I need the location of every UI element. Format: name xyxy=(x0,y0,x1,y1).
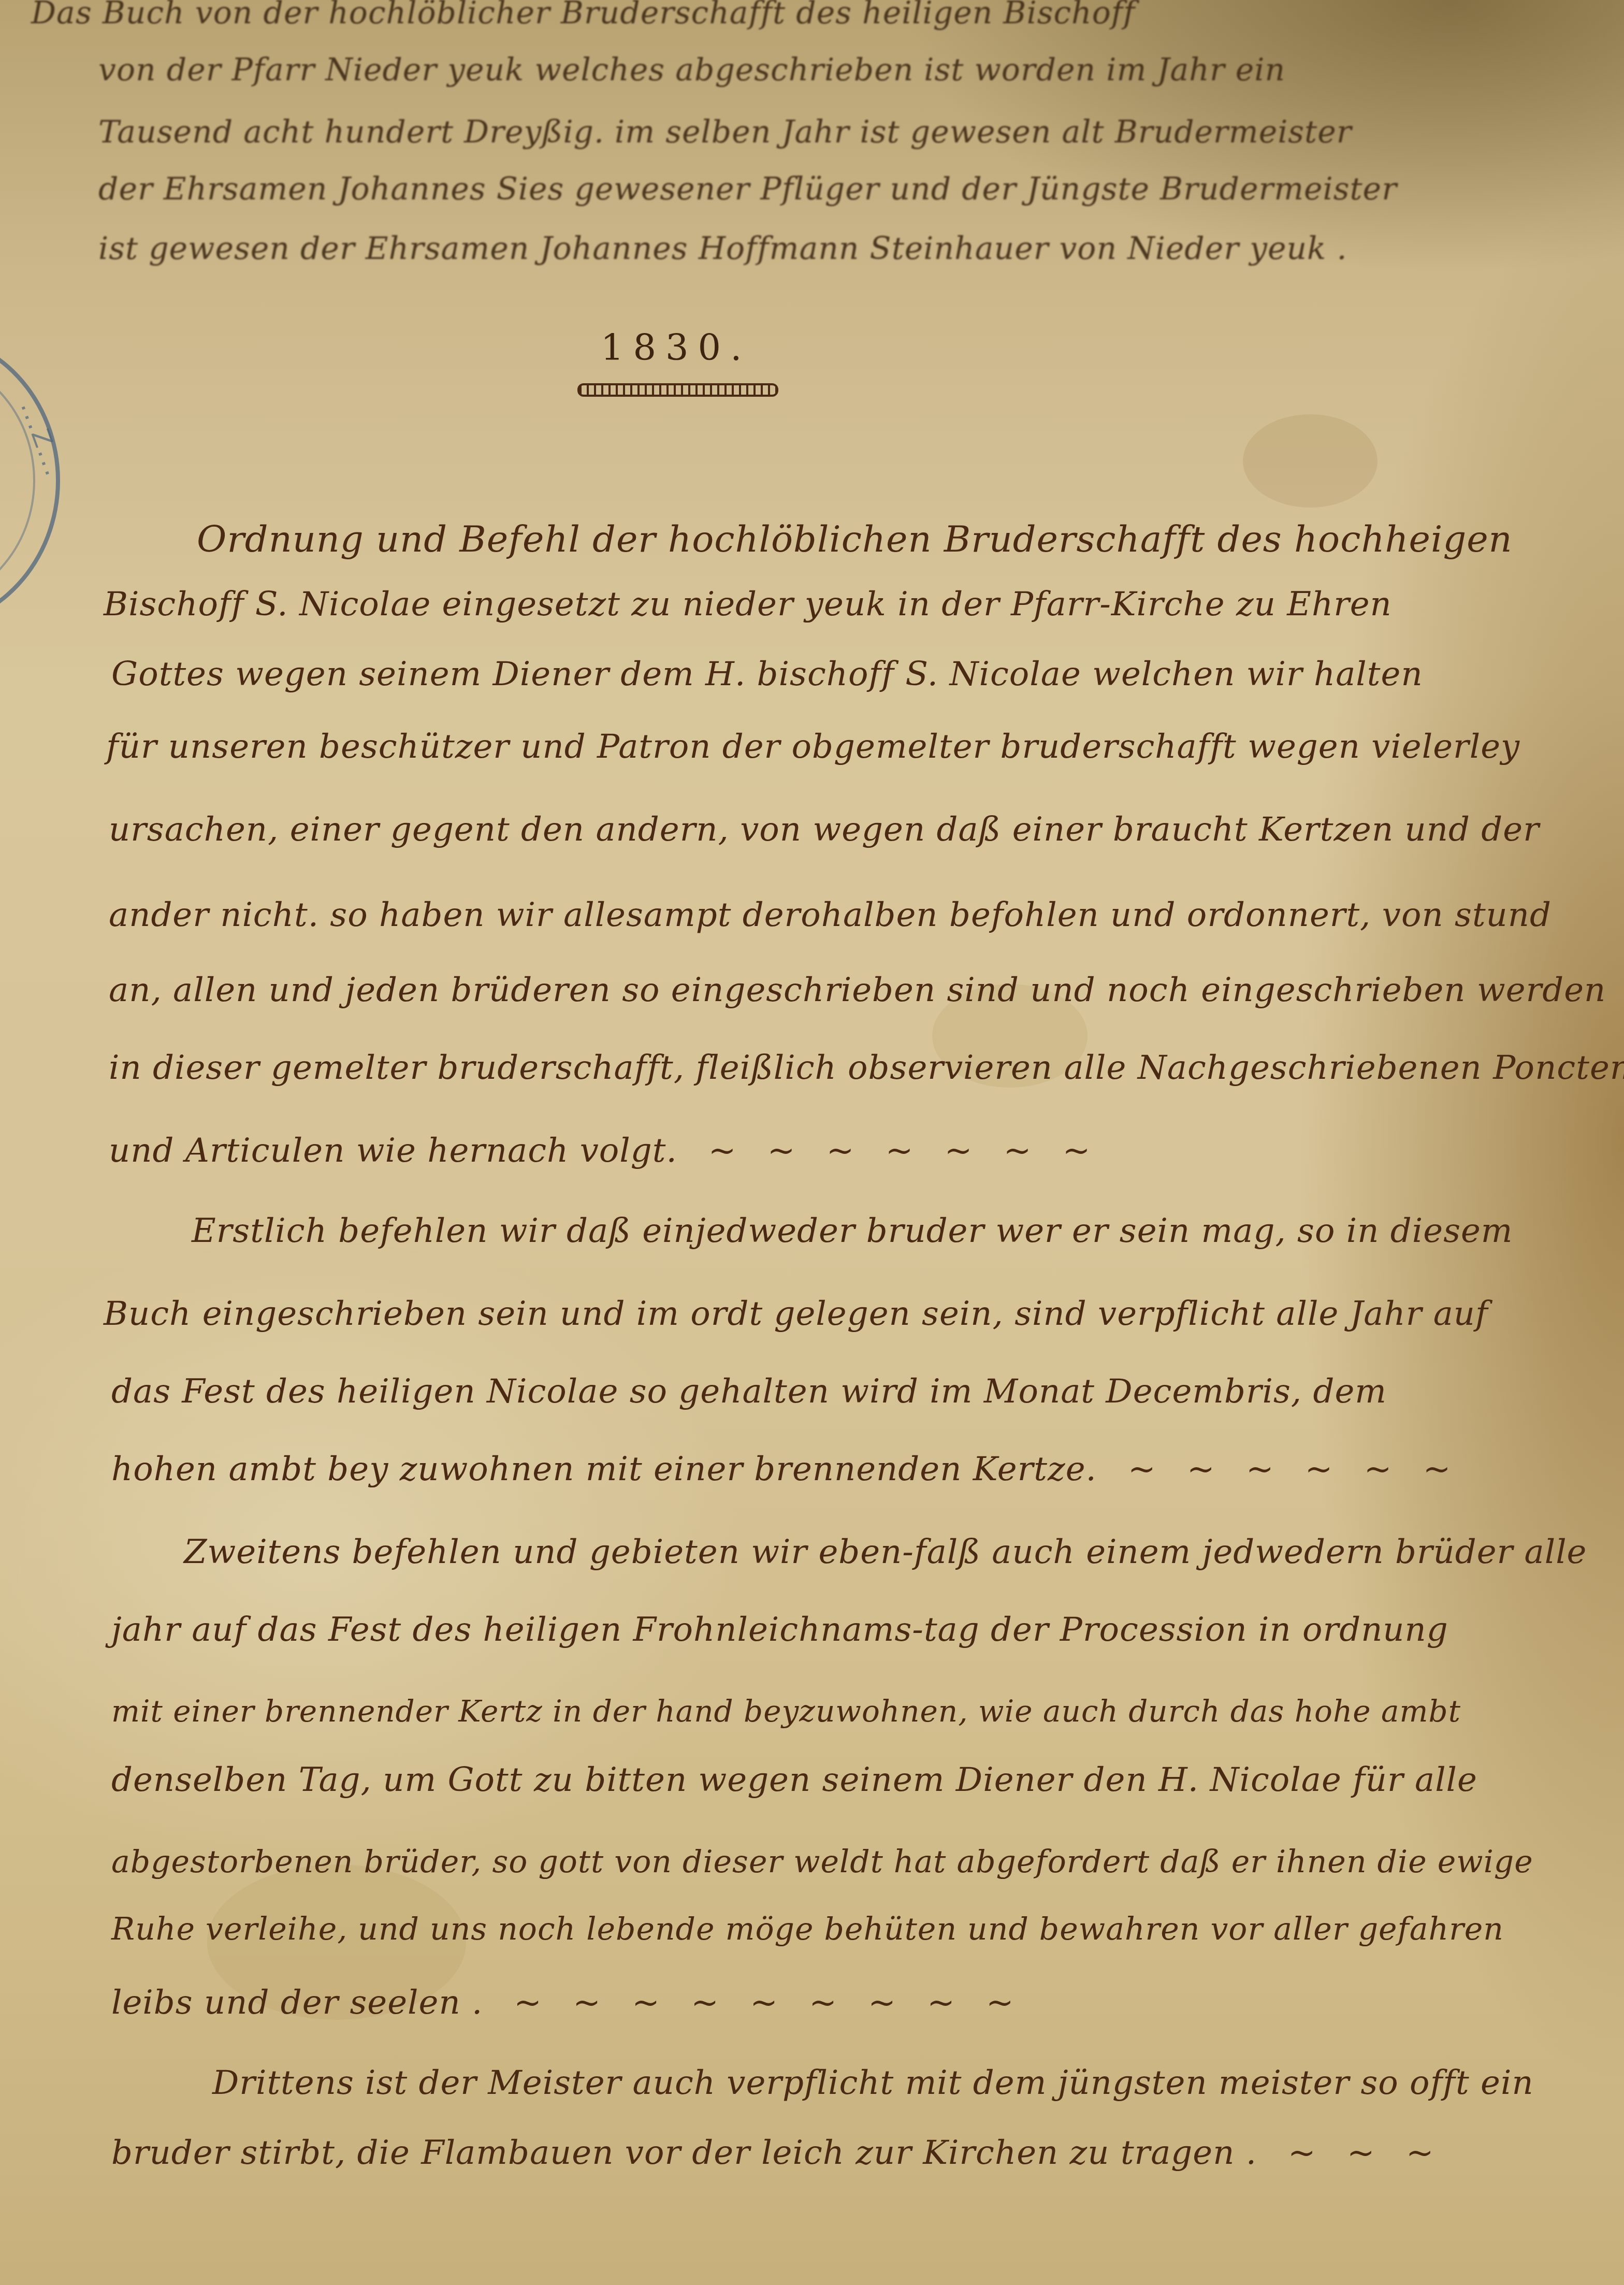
body-line: das Fest des heiligen Nicolae so gehalte… xyxy=(111,1372,1387,1411)
body-line: ander nicht. so haben wir allesampt dero… xyxy=(109,896,1552,934)
body-line: denselben Tag, um Gott zu bitten wegen s… xyxy=(111,1761,1477,1799)
body-line: abgestorbenen brüder, so gott von dieser… xyxy=(111,1844,1533,1880)
year-heading: 1830. xyxy=(601,326,751,369)
header-line: ist gewesen der Ehrsamen Johannes Hoffma… xyxy=(98,230,1347,267)
line-filler-dashes: ~ ~ ~ ~ ~ ~ ~ xyxy=(708,1132,1100,1170)
body-line: und Articulen wie hernach volgt.~ ~ ~ ~ … xyxy=(109,1132,1100,1170)
manuscript-page: ...Z... Das Buch von der hochlöblicher B… xyxy=(0,0,1624,2285)
body-line: für unseren beschützer und Patron der ob… xyxy=(106,728,1520,766)
body-line: Buch eingeschrieben sein und im ordt gel… xyxy=(104,1295,1488,1333)
body-line: Erstlich befehlen wir daß einjedweder br… xyxy=(192,1212,1513,1250)
body-line: hohen ambt bey zuwohnen mit einer brenne… xyxy=(111,1450,1461,1488)
body-line: Bischoff S. Nicolae eingesetzt zu nieder… xyxy=(104,585,1392,624)
header-line: Das Buch von der hochlöblicher Brudersch… xyxy=(31,0,1135,31)
body-line: jahr auf das Fest des heiligen Frohnleic… xyxy=(111,1611,1448,1649)
body-line: an, allen und jeden brüderen so eingesch… xyxy=(109,971,1606,1009)
body-line: mit einer brennender Kertz in der hand b… xyxy=(111,1694,1461,1729)
body-line: leibs und der seelen .~ ~ ~ ~ ~ ~ ~ ~ ~ xyxy=(111,1984,1024,2022)
header-line: von der Pfarr Nieder yeuk welches abgesc… xyxy=(98,52,1285,88)
body-line: ursachen, einer gegent den andern, von w… xyxy=(109,811,1540,849)
body-line: bruder stirbt, die Flambauen vor der lei… xyxy=(111,2134,1444,2172)
header-line: Tausend acht hundert Dreyßig. im selben … xyxy=(98,114,1352,150)
body-line: in dieser gemelter bruderschafft, fleißl… xyxy=(109,1049,1624,1087)
body-line: Gottes wegen seinem Diener dem H. bischo… xyxy=(111,655,1423,693)
library-stamp xyxy=(0,331,60,630)
body-line: Ruhe verleihe, und uns noch lebende möge… xyxy=(111,1911,1504,1947)
body-line: Drittens ist der Meister auch verpflicht… xyxy=(212,2064,1534,2102)
paper-stain xyxy=(1243,414,1378,508)
line-filler-dashes: ~ ~ ~ ~ ~ ~ xyxy=(1128,1450,1461,1488)
body-line: Zweitens befehlen und gebieten wir eben-… xyxy=(184,1533,1587,1571)
line-filler-dashes: ~ ~ ~ ~ ~ ~ ~ ~ ~ xyxy=(514,1984,1024,2022)
ornamental-divider xyxy=(577,383,778,397)
line-filler-dashes: ~ ~ ~ xyxy=(1288,2134,1444,2172)
body-line: Ordnung und Befehl der hochlöblichen Bru… xyxy=(197,518,1513,560)
header-line: der Ehrsamen Johannes Sies gewesener Pfl… xyxy=(98,171,1397,207)
